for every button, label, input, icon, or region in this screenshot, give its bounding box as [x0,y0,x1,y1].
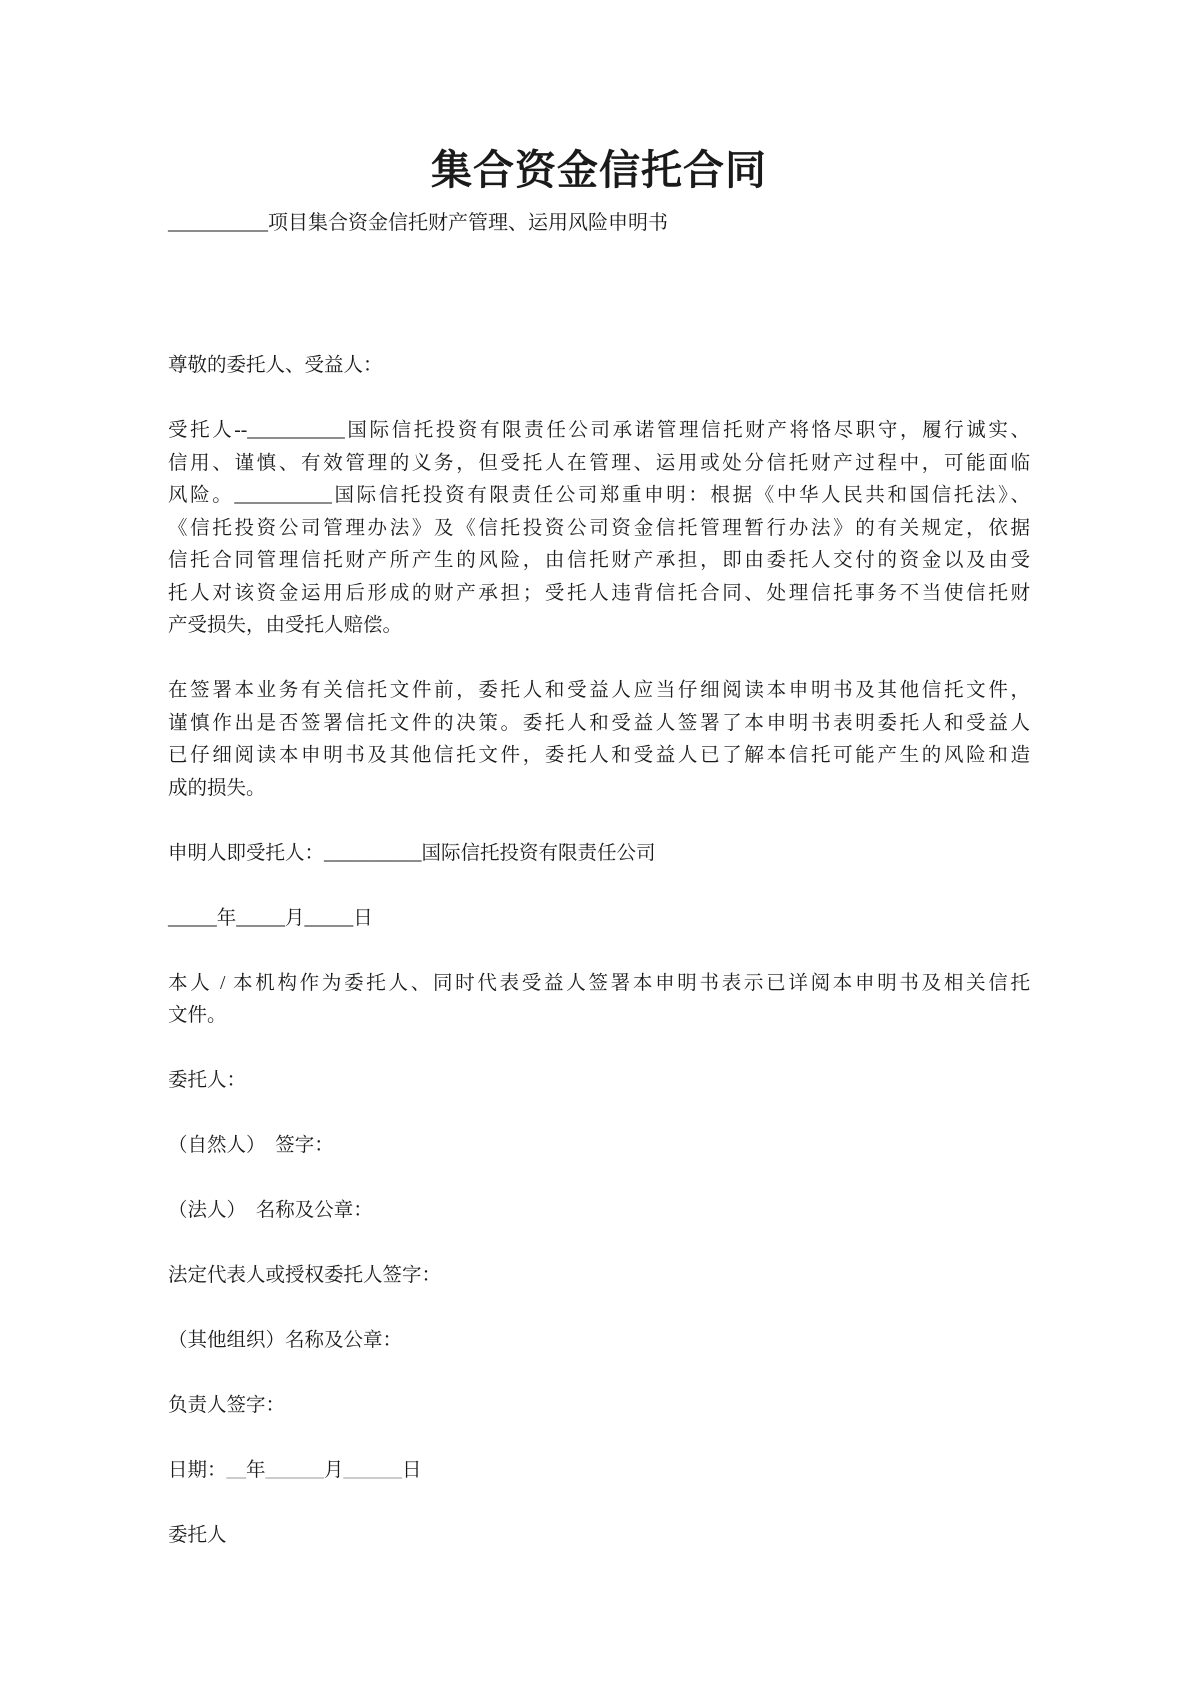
contract-document-page: 集合资金信托合同 __________项目集合资金信托财产管理、运用风险申明书 … [0,0,1190,1683]
signature-block: 委托人： （自然人） 签字： （法人） 名称及公章： 法定代表人或授权委托人签字… [168,1065,1030,1553]
paragraph-line: 谨慎作出是否签署信托文件的决策。委托人和受益人签署了本申明书表明委托人和受益人 [168,708,1030,741]
date-day-blank: ______ [344,1460,403,1481]
client-declaration-paragraph: 本人 / 本机构作为委托人、同时代表受益人签署本申明书表示已详阅本申明书及相关信… [168,968,1030,1033]
paragraph-line: 产受损失，由受托人赔偿。 [168,610,1030,643]
client-label-line: 委托人： [168,1065,1030,1098]
salutation-line: 尊敬的委托人、受益人： [168,350,1030,383]
paragraph-line: 信托合同管理信托财产所产生的风险，由信托财产承担，即由委托人交付的资金以及由受 [168,545,1030,578]
trustee-risk-statement-paragraph: 受托人--__________国际信托投资有限责任公司承诺管理信托财产将恪尽职守… [168,415,1030,643]
paragraph-line: 《信托投资公司管理办法》及《信托投资公司资金信托管理暂行办法》的有关规定，依据 [168,513,1030,546]
date-month-label: 月 [324,1460,344,1481]
paragraph-line: 风险。__________国际信托投资有限责任公司郑重申明：根据《中华人民共和国… [168,480,1030,513]
document-title: 集合资金信托合同 [168,146,1030,195]
paragraph-line: 受托人--__________国际信托投资有限责任公司承诺管理信托财产将恪尽职守… [168,415,1030,448]
date-prefix: 日期： [168,1460,227,1481]
paragraph-line: 文件。 [168,1000,1030,1033]
paragraph-line: 成的损失。 [168,773,1030,806]
date-year-blank: __ [227,1460,247,1481]
other-org-seal-line: （其他组织）名称及公章： [168,1325,1030,1358]
paragraph-line: 托人对该资金运用后形成的财产承担；受托人违背信托合同、处理信托事务不当使信托财 [168,578,1030,611]
trustee-date-line: _____年_____月_____日 [168,903,1030,936]
declarant-line: 申明人即受托人：__________国际信托投资有限责任公司 [168,838,1030,871]
signing-notice-paragraph: 在签署本业务有关信托文件前，委托人和受益人应当仔细阅读本申明书及其他信托文件， … [168,675,1030,805]
date-month-blank: ______ [266,1460,325,1481]
natural-person-sign-line: （自然人） 签字： [168,1130,1030,1163]
date-year-label: 年 [246,1460,266,1481]
date-day-label: 日 [402,1460,422,1481]
paragraph-line: 本人 / 本机构作为委托人、同时代表受益人签署本申明书表示已详阅本申明书及相关信… [168,968,1030,1001]
legal-representative-sign-line: 法定代表人或授权委托人签字： [168,1260,1030,1293]
paragraph-line: 信用、谨慎、有效管理的义务，但受托人在管理、运用或处分信托财产过程中，可能面临 [168,448,1030,481]
paragraph-line: 已仔细阅读本申明书及其他信托文件，委托人和受益人已了解本信托可能产生的风险和造 [168,740,1030,773]
paragraph-line: 在签署本业务有关信托文件前，委托人和受益人应当仔细阅读本申明书及其他信托文件， [168,675,1030,708]
signature-date-line: 日期：__年______月______日 [168,1455,1030,1488]
legal-person-seal-line: （法人） 名称及公章： [168,1195,1030,1228]
document-subtitle: __________项目集合资金信托财产管理、运用风险申明书 [168,208,1030,238]
client-footer-line: 委托人 [168,1520,1030,1553]
responsible-person-sign-line: 负责人签字： [168,1390,1030,1423]
